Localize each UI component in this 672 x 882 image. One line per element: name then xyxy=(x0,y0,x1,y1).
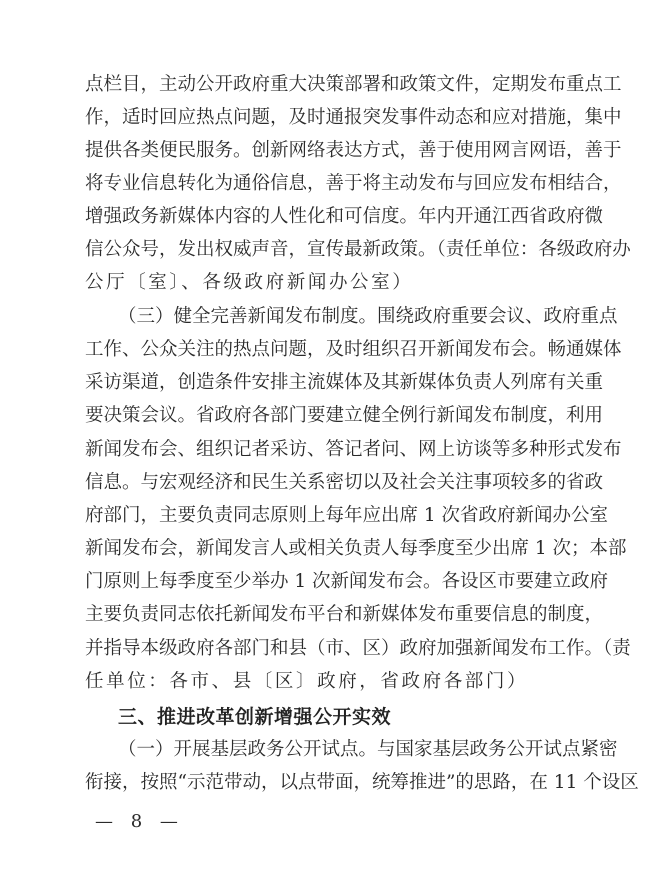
paragraph-2-line-8: 新闻发布会，新闻发言人或相关负责人每季度至少出席 1 次；本部 xyxy=(85,537,573,561)
paragraph-2-line-11: 并指导本级政府各部门和县（市、区）政府加强新闻发布工作。（责 xyxy=(85,637,573,661)
page-number: — 8 — xyxy=(95,810,184,834)
section-heading: 三、推进改革创新增强公开实效 xyxy=(118,704,391,730)
paragraph-1-line-6: 信公众号，发出权威声音，宣传最新政策。（责任单位：各级政府办 xyxy=(85,238,573,262)
paragraph-2-line-1: （三）健全完善新闻发布制度。围绕政府重要会议、政府重点 xyxy=(118,305,573,329)
paragraph-3-line-1: （一）开展基层政务公开试点。与国家基层政务公开试点紧密 xyxy=(118,738,573,762)
paragraph-1-line-1: 点栏目，主动公开政府重大决策部署和政策文件，定期发布重点工 xyxy=(85,73,573,97)
paragraph-2-line-3: 采访渠道，创造条件安排主流媒体及其新媒体负责人列席有关重 xyxy=(85,371,573,395)
paragraph-2-line-6: 信息。与宏观经济和民生关系密切以及社会关注事项较多的省政 xyxy=(85,471,573,495)
paragraph-2-line-2: 工作、公众关注的热点问题，及时组织召开新闻发布会。畅通媒体 xyxy=(85,338,573,362)
document-page: 点栏目，主动公开政府重大决策部署和政策文件，定期发布重点工 作，适时回应热点问题… xyxy=(0,0,672,882)
paragraph-2-line-12: 任单位：各市、县〔区〕政府，省政府各部门） xyxy=(85,670,573,694)
paragraph-2-line-9: 门原则上每季度至少举办 1 次新闻发布会。各设区市要建立政府 xyxy=(85,570,573,594)
paragraph-1-line-5: 增强政务新媒体内容的人性化和可信度。年内开通江西省政府微 xyxy=(85,205,573,229)
paragraph-2-line-7: 府部门，主要负责同志原则上每年应出席 1 次省政府新闻办公室 xyxy=(85,504,573,528)
paragraph-1-line-4: 将专业信息转化为通俗信息，善于将主动发布与回应发布相结合， xyxy=(85,172,573,196)
paragraph-2-line-5: 新闻发布会、组织记者采访、答记者问、网上访谈等多种形式发布 xyxy=(85,438,573,462)
paragraph-2-line-10: 主要负责同志依托新闻发布平台和新媒体发布重要信息的制度， xyxy=(85,603,573,627)
paragraph-1-line-2: 作，适时回应热点问题，及时通报突发事件动态和应对措施，集中 xyxy=(85,106,573,130)
paragraph-1-line-3: 提供各类便民服务。创新网络表达方式，善于使用网言网语，善于 xyxy=(85,139,573,163)
paragraph-3-line-2: 衔接，按照“示范带动，以点带面，统筹推进”的思路，在 11 个设区 xyxy=(85,771,573,795)
paragraph-2-line-4: 要决策会议。省政府各部门要建立健全例行新闻发布制度，利用 xyxy=(85,404,573,428)
paragraph-1-line-7: 公厅〔室〕、各级政府新闻办公室） xyxy=(85,271,573,295)
